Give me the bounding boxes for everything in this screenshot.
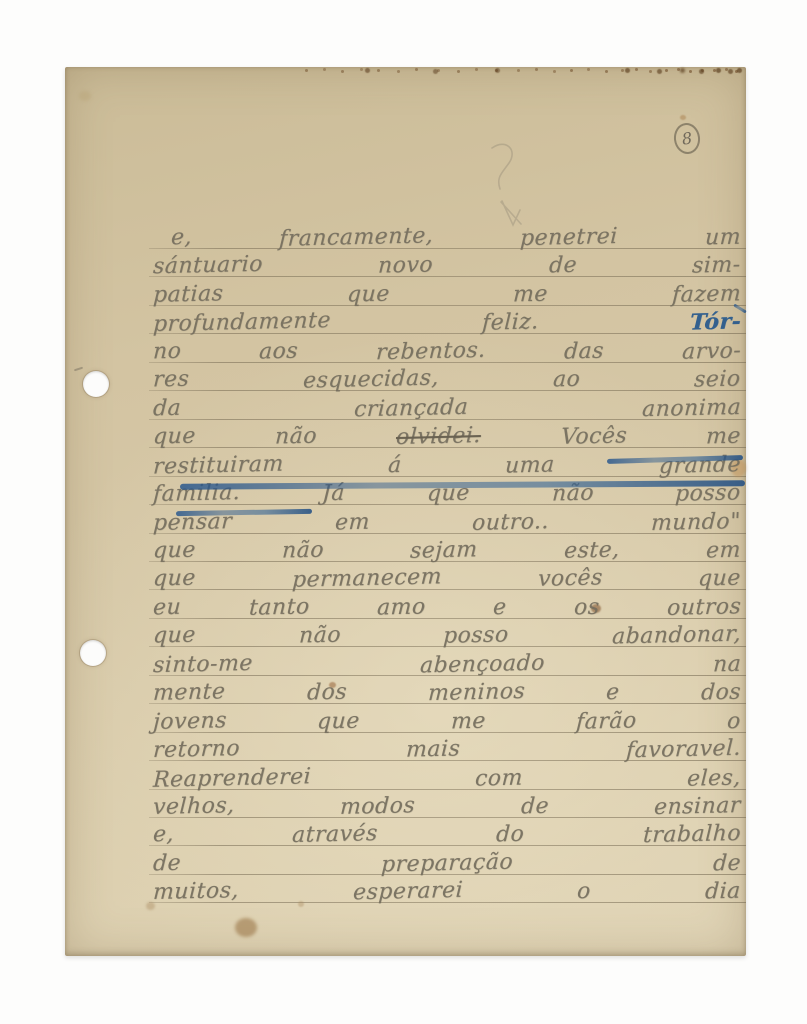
handwritten-word: de [712, 851, 741, 877]
handwritten-word: Vocês [560, 423, 627, 450]
handwritten-word: que [152, 537, 196, 563]
handwritten-word: sejam [410, 537, 479, 564]
handwritten-word: restituiram [152, 451, 284, 479]
handwritten-word: abandonar, [611, 622, 741, 650]
handwritten-word: que [317, 708, 361, 734]
handwritten-word: da [152, 395, 181, 421]
handwritten-word: que [152, 424, 196, 450]
handwritten-word: favoravel. [625, 736, 741, 764]
handwritten-word: e, [152, 822, 174, 848]
handwritten-word: na [712, 651, 741, 677]
handwritten-word: me [705, 424, 741, 450]
handwritten-word: um [704, 225, 741, 251]
handwritten-word: que [152, 623, 196, 649]
handwritten-word: de [152, 851, 181, 877]
manuscript-line: muitos,esperareiodia [153, 874, 741, 904]
handwritten-word: me [513, 281, 549, 307]
manuscript-line: Reaprendereicomeles, [153, 761, 741, 791]
handwritten-word: outros [666, 594, 741, 621]
manuscript-line: patiasquemefazem [153, 277, 741, 307]
handwritten-word: retorno [152, 736, 240, 763]
handwritten-word: posso [443, 623, 510, 650]
manuscript-line: quepermanecemvocêsque [153, 561, 741, 591]
handwritten-word: abençoado [420, 650, 546, 678]
handwritten-word: jovens [152, 708, 227, 735]
manuscript-line: dacriançadaanonima [153, 391, 741, 421]
manuscript-line: quenãoolvidei.Vocêsme [153, 419, 741, 449]
handwritten-word: uma [505, 452, 556, 478]
handwritten-word: mundo" [651, 508, 742, 535]
handwritten-word: tanto [248, 594, 310, 620]
stain [79, 91, 91, 101]
handwritten-word: os [573, 595, 600, 621]
handwritten-word: Tór- [689, 309, 741, 336]
handwritten-word: seio [694, 367, 742, 393]
handwritten-word: amo [376, 594, 426, 620]
handwritten-word: que [346, 281, 390, 307]
handwritten-word: eu [152, 595, 181, 621]
foxing-speckles-large [65, 67, 70, 72]
handwritten-word: e [606, 680, 621, 705]
handwritten-word: res [152, 367, 189, 393]
handwritten-word: no [152, 338, 182, 364]
handwritten-word: eles, [687, 765, 742, 791]
handwritten-word: que [152, 566, 196, 592]
handwritten-word: á [387, 452, 402, 477]
handwritten-word: não [298, 623, 341, 649]
manuscript-line: depreparaçãode [153, 846, 741, 876]
handwritten-word: aos [259, 338, 299, 364]
manuscript-line: retornomaisfavoravel. [153, 732, 741, 762]
handwritten-word: velhos, [152, 793, 235, 820]
handwritten-word: de [520, 794, 549, 820]
handwritten-word: e, [170, 225, 192, 251]
handwritten-word: em [334, 509, 370, 535]
handwritten-word: trabalho [642, 821, 741, 848]
handwritten-word: arvo- [681, 338, 741, 364]
handwritten-word: mais [405, 736, 460, 762]
handwritten-word: outro.. [471, 509, 549, 536]
handwritten-word: meninos [427, 679, 525, 706]
handwritten-word: muitos, [152, 878, 239, 905]
handwritten-word: modos [339, 793, 415, 820]
handwritten-word: ensinar [654, 793, 742, 820]
handwritten-word: novo [378, 253, 434, 279]
handwritten-word: dos [306, 680, 347, 706]
handwritten-word: permanecem [291, 565, 442, 593]
handwritten-word: farão [576, 708, 638, 734]
handwritten-word: o [577, 879, 592, 904]
handwritten-word: esperarei [353, 878, 464, 906]
handwritten-word: vocês [537, 566, 603, 593]
manuscript-line: profundamentefeliz.Tór- [153, 305, 741, 335]
manuscript-line: e,atravésdotrabalho [153, 817, 741, 847]
letter-page: 8 e,francamente,penetreiumsántuarionovod… [65, 67, 746, 956]
handwritten-word: patias [152, 281, 224, 308]
handwritten-word: em [706, 538, 742, 564]
manuscript-line: velhos,modosdeensinar [153, 789, 741, 819]
handwritten-word: que [698, 566, 742, 592]
handwritten-word: sinto-me [152, 651, 253, 678]
manuscript-line: noaosrebentos.dasarvo- [153, 334, 741, 364]
manuscript-line: quenãopossoabandonar, [153, 618, 741, 648]
handwritten-word: penetrei [520, 224, 619, 251]
manuscript-line: sántuarionovodesim- [153, 248, 741, 278]
handwritten-word: este, [564, 537, 621, 563]
stain [680, 115, 686, 120]
handwritten-word: dos [700, 680, 741, 706]
handwritten-word: olvidei. [396, 423, 482, 450]
page-number: 8 [681, 128, 693, 148]
page-number-badge: 8 [672, 122, 702, 156]
handwritten-word: preparação [380, 849, 513, 877]
scan-background: 8 e,francamente,penetreiumsántuarionovod… [0, 0, 807, 1024]
punch-hole-bottom [80, 640, 106, 666]
handwritten-word: das [563, 338, 604, 364]
handwritten-word: fazem [671, 281, 741, 308]
handwritten-word: dia [705, 879, 742, 905]
handwritten-word: sim- [692, 253, 742, 279]
manuscript-line: eutantoamoeosoutros [153, 590, 741, 620]
handwritten-word: através [292, 821, 379, 848]
manuscript-line: mentedosmeninosedos [153, 675, 741, 705]
handwritten-word: não [281, 537, 324, 563]
handwritten-word: mente [152, 679, 226, 706]
manuscript-line: sinto-meabençoadona [153, 647, 741, 677]
handwritten-word: e [492, 595, 507, 620]
handwritten-word: anonima [641, 395, 741, 422]
handwritten-word: sántuario [152, 252, 263, 280]
handwritten-word: ao [553, 367, 582, 393]
handwritten-word: do [496, 822, 526, 848]
punch-hole-top [83, 371, 109, 397]
pencil-margin-mark [74, 367, 83, 372]
handwritten-word: de [548, 253, 577, 279]
handwritten-word: não [274, 424, 317, 450]
manuscript-line: pensaremoutro..mundo" [153, 505, 741, 535]
manuscript-line: quenãosejameste,em [153, 533, 741, 563]
handwritten-word: com [475, 765, 524, 791]
stain [235, 918, 257, 937]
handwritten-word: esquecidas, [303, 366, 440, 394]
handwritten-word: criançada [354, 394, 469, 422]
handwritten-word: rebentos. [376, 338, 487, 366]
handwritten-word: me [450, 708, 486, 734]
manuscript-line: jovensquemefarãoo [153, 704, 741, 734]
manuscript-line: resesquecidas,aoseio [153, 362, 741, 392]
handwritten-word: o [727, 708, 742, 733]
manuscript-line: e,francamente,penetreium [153, 220, 741, 250]
handwritten-word: feliz. [481, 310, 539, 336]
